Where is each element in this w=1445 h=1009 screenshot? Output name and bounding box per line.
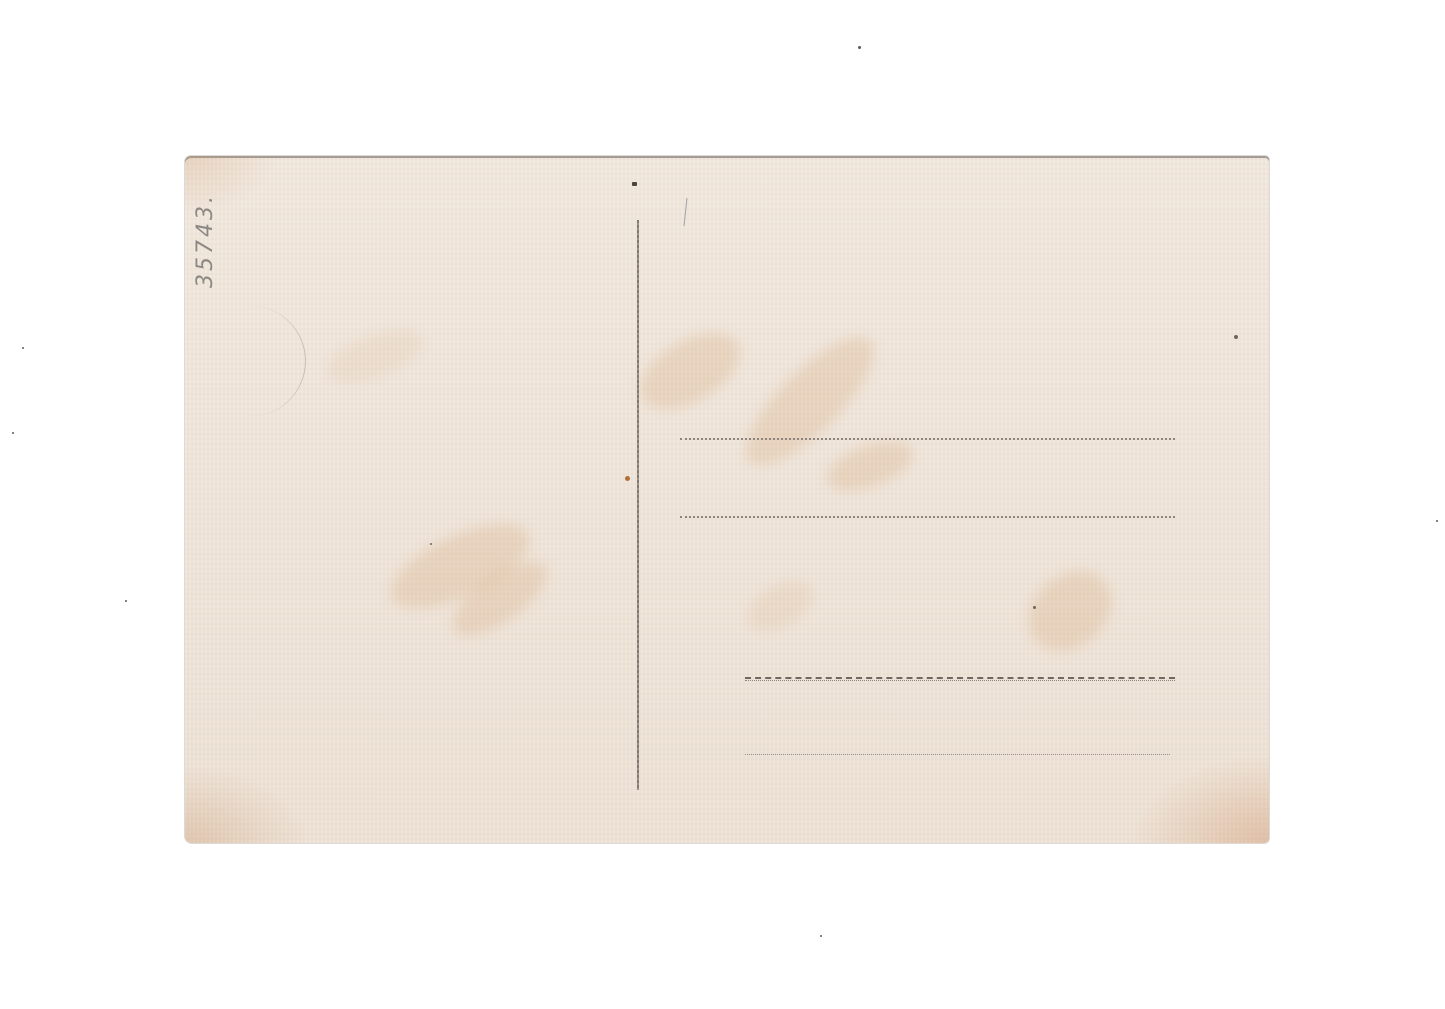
dust-speck	[820, 935, 822, 937]
spot	[1234, 335, 1238, 339]
aged-edges	[185, 156, 1269, 843]
address-line-1	[680, 438, 1175, 440]
dust-speck	[22, 347, 24, 349]
spot	[1033, 606, 1036, 609]
dust-speck	[1436, 520, 1438, 522]
address-line-3	[745, 677, 1175, 681]
dust-speck	[858, 46, 861, 49]
divider-line	[637, 220, 639, 790]
dust-speck	[12, 432, 14, 434]
handwritten-number: 35743.	[193, 178, 218, 288]
postcard-back: 35743.	[185, 156, 1269, 843]
divider-top-mark	[632, 182, 637, 186]
spot	[625, 476, 630, 481]
spot	[430, 543, 432, 545]
address-line-4	[745, 754, 1170, 755]
dust-speck	[125, 600, 127, 602]
address-line-2	[680, 516, 1175, 518]
